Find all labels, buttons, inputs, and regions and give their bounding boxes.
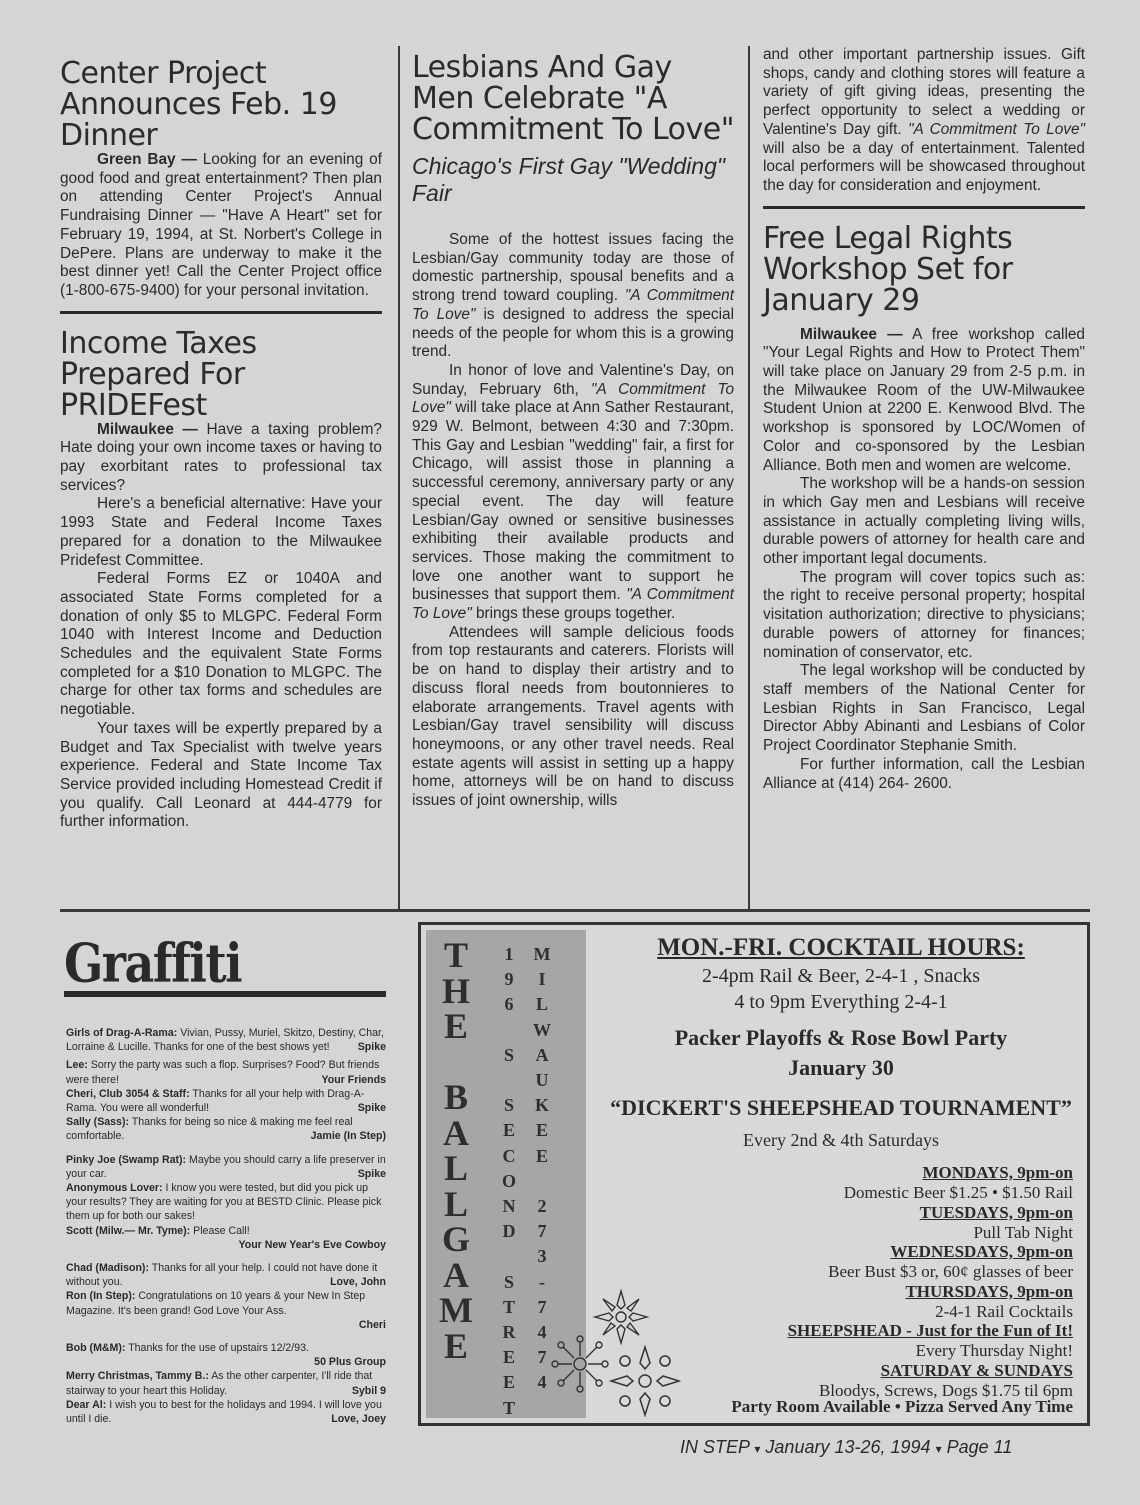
letter: E (444, 1009, 468, 1045)
article-legal-rights: Free Legal Rights Workshop Set for Janua… (763, 223, 1085, 794)
signature: Spike (358, 1040, 386, 1054)
letter: 4 (538, 1370, 547, 1395)
graffiti-item: Cheri, Club 3054 & Staff: Thanks for all… (66, 1087, 386, 1115)
signature: Jamie (In Step) (311, 1129, 386, 1143)
paragraph: For further information, call the Lesbia… (763, 756, 1085, 793)
letter: E (536, 1118, 548, 1143)
signature: Love, John (330, 1275, 386, 1289)
letter: L (444, 1151, 468, 1187)
recipient: Merry Christmas, Tammy B.: (66, 1370, 209, 1382)
column-divider (748, 46, 750, 912)
snowflake-icon (609, 1345, 681, 1417)
article-body: Some of the hottest issues facing the Le… (412, 231, 734, 811)
letter: C (503, 1144, 516, 1169)
letter: A (443, 1258, 469, 1294)
dateline: Milwaukee — (800, 326, 903, 343)
letter: N (503, 1194, 516, 1219)
letter: D (503, 1219, 516, 1244)
vertical-city-phone: M I L W A U K E E 2 7 3 - 7 4 7 4 (532, 942, 552, 1396)
headline: Income Taxes Prepared For PRIDEFest (60, 328, 382, 421)
ad-footer: Party Room Available • Pizza Served Any … (731, 1397, 1073, 1417)
graffiti-item: Bob (M&M): Thanks for the use of upstair… (66, 1341, 386, 1369)
publication-name: IN STEP (680, 1437, 749, 1457)
letter: K (535, 1093, 549, 1118)
letter: E (503, 1345, 515, 1370)
signature: Love, Joey (331, 1412, 386, 1426)
party-date: January 30 (596, 1053, 1086, 1083)
letter: W (533, 1018, 551, 1043)
article-divider (763, 206, 1085, 209)
graffiti-item: Chad (Madison): Thanks for all your help… (66, 1261, 386, 1289)
article-body: Milwaukee — Have a taxing problem? Hate … (60, 421, 382, 832)
paragraph: Looking for an evening of good food and … (60, 151, 382, 299)
article-center-project: Center Project Announces Feb. 19 Dinner … (60, 58, 382, 301)
cocktail-line: 2-4pm Rail & Beer, 2-4-1 , Snacks (596, 963, 1086, 989)
paragraph-text: will also be a day of entertainment. Tal… (763, 140, 1085, 194)
letter: 3 (538, 1244, 547, 1269)
special-detail: Beer Bust $3 or, 60¢ glasses of beer (788, 1262, 1073, 1282)
party-heading: Packer Playoffs & Rose Bowl Party (596, 1023, 1086, 1053)
letter: S (504, 1043, 514, 1068)
cocktail-line: 4 to 9pm Everything 2-4-1 (596, 989, 1086, 1015)
spacer (507, 1018, 512, 1043)
special-day: TUESDAYS, 9pm-on (788, 1203, 1073, 1223)
column-3: and other important partnership issues. … (763, 46, 1085, 793)
letter: 4 (538, 1320, 547, 1345)
special-detail: 2-4-1 Rail Cocktails (788, 1302, 1073, 1322)
special-day: THURSDAYS, 9pm-on (788, 1282, 1073, 1302)
article-income-taxes: Income Taxes Prepared For PRIDEFest Milw… (60, 328, 382, 832)
letter: O (502, 1169, 516, 1194)
letter: H (442, 974, 470, 1010)
recipient: Chad (Madison): (66, 1262, 149, 1274)
special-detail: Pull Tab Night (788, 1223, 1073, 1243)
paragraph: The workshop will be a hands-on session … (763, 475, 1085, 569)
letter: A (536, 1043, 549, 1068)
page-number: Page 11 (947, 1437, 1013, 1457)
letter: T (503, 1396, 515, 1421)
recipient: Ron (In Step): (66, 1290, 135, 1302)
recipient: Lee: (66, 1059, 88, 1071)
spacer (507, 1068, 512, 1093)
recipient: Scott (Milw.— Mr. Tyme): (66, 1225, 190, 1237)
special-day: MONDAYS, 9pm-on (788, 1163, 1073, 1183)
graffiti-item: Scott (Milw.— Mr. Tyme): Please Call! Yo… (66, 1224, 386, 1252)
paragraph: The program will cover topics such as: t… (763, 569, 1085, 663)
cocktail-hours-heading: MON.-FRI. COCKTAIL HOURS: (596, 933, 1086, 963)
article-body: Milwaukee — A free workshop called "Your… (763, 326, 1085, 794)
recipient: Sally (Sass): (66, 1116, 129, 1128)
graffiti-item: Merry Christmas, Tammy B.: As the other … (66, 1369, 386, 1397)
signature: 50 Plus Group (66, 1355, 386, 1369)
letter: T (444, 938, 468, 974)
paragraph: The legal workshop will be conducted by … (763, 662, 1085, 756)
column-2: Lesbians And Gay Men Celebrate "A Commit… (412, 52, 734, 811)
issue-dates: January 13-26, 1994 (765, 1437, 930, 1457)
tournament-schedule: Every 2nd & 4th Saturdays (596, 1127, 1086, 1153)
special-detail: Domestic Beer $1.25 • $1.50 Rail (788, 1183, 1073, 1203)
letter: I (538, 967, 545, 992)
letter: G (442, 1222, 470, 1258)
special-detail: Every Thursday Night! (788, 1341, 1073, 1361)
graffiti-item: Pinky Joe (Swamp Rat): Maybe you should … (66, 1153, 386, 1181)
paragraph: A free workshop called "Your Legal Right… (763, 326, 1085, 474)
paragraph: Here's a beneficial alternative: Have yo… (60, 495, 382, 570)
letter: E (536, 1144, 548, 1169)
column-divider (398, 46, 400, 912)
graffiti-title: Graffiti (64, 932, 241, 994)
section-divider (60, 909, 1090, 912)
ballgame-advertisement: T H E B A L L G A M E 1 9 6 S S E C O N … (418, 922, 1090, 1426)
letter: S (504, 1093, 514, 1118)
column-1: Center Project Announces Feb. 19 Dinner … (60, 58, 382, 832)
article-divider (60, 311, 382, 314)
letter: 2 (538, 1194, 547, 1219)
graffiti-item: Ron (In Step): Congratulations on 10 yea… (66, 1289, 386, 1332)
signature: Spike (358, 1101, 386, 1115)
snowflake-icon (549, 1333, 611, 1395)
headline: Center Project Announces Feb. 19 Dinner (60, 58, 382, 151)
graffiti-item: Dear Al: I wish you to best for the holi… (66, 1398, 386, 1426)
recipient: Girls of Drag-A-Rama: (66, 1027, 177, 1039)
graffiti-list: Girls of Drag-A-Rama: Vivian, Pussy, Mur… (66, 1026, 386, 1426)
letter: B (444, 1080, 468, 1116)
letter: E (503, 1118, 515, 1143)
graffiti-item: Lee: Sorry the party was such a flop. Su… (66, 1058, 386, 1086)
signature: Cheri (66, 1318, 386, 1332)
special-day: SATURDAY & SUNDAYS (788, 1361, 1073, 1381)
letter: - (539, 1270, 545, 1295)
letter: 7 (538, 1345, 547, 1370)
letter: U (536, 1068, 549, 1093)
spacer (507, 1244, 512, 1269)
graffiti-item: Anonymous Lover: I know you were tested,… (66, 1181, 386, 1224)
letter: S (504, 1270, 514, 1295)
subheadline: Chicago's First Gay "Wedding" Fair (412, 153, 734, 207)
ad-content: MON.-FRI. COCKTAIL HOURS: 2-4pm Rail & B… (596, 925, 1086, 1153)
letter: E (503, 1370, 515, 1395)
recipient: Pinky Joe (Swamp Rat): (66, 1154, 186, 1166)
letter: T (503, 1295, 515, 1320)
paragraph-text: will take place at Ann Sather Restaurant… (412, 399, 734, 603)
article-continuation: and other important partnership issues. … (763, 46, 1085, 196)
dateline: Milwaukee — (97, 421, 198, 438)
letter: A (443, 1116, 469, 1152)
graffiti-rule (64, 991, 386, 997)
recipient: Anonymous Lover: (66, 1182, 163, 1194)
letter: M (439, 1293, 473, 1329)
signature: Spike (358, 1167, 386, 1181)
signature: Sybil 9 (352, 1384, 386, 1398)
letter: L (444, 1187, 468, 1223)
vertical-address: 1 9 6 S S E C O N D S T R E E T (499, 942, 519, 1421)
letter: 1 (505, 942, 514, 967)
special-day: WEDNESDAYS, 9pm-on (788, 1242, 1073, 1262)
spacer (540, 1169, 545, 1194)
letter: 7 (538, 1219, 547, 1244)
separator-icon: ▾ (754, 1442, 760, 1456)
letter: M (534, 942, 551, 967)
graffiti-item: Sally (Sass): Thanks for being so nice &… (66, 1115, 386, 1143)
letter: 9 (505, 967, 514, 992)
message: Please Call! (193, 1225, 250, 1237)
article-commitment-to-love: Lesbians And Gay Men Celebrate "A Commit… (412, 52, 734, 811)
letter: 6 (505, 992, 514, 1017)
event-name: "A Commitment To Love" (908, 121, 1085, 138)
tournament-heading: “DICKERT'S SHEEPSHEAD TOURNAMENT” (596, 1093, 1086, 1123)
letter: E (444, 1329, 468, 1365)
headline: Free Legal Rights Workshop Set for Janua… (763, 223, 1085, 316)
paragraph: Attendees will sample delicious foods fr… (412, 624, 734, 811)
page-footer: IN STEP ▾ January 13-26, 1994 ▾ Page 11 (680, 1437, 1012, 1458)
paragraph: Federal Forms EZ or 1040A and associated… (60, 570, 382, 720)
recipient: Dear Al: (66, 1399, 106, 1411)
paragraph-text: brings these groups together. (476, 605, 675, 622)
weekly-specials: MONDAYS, 9pm-on Domestic Beer $1.25 • $1… (788, 1163, 1073, 1400)
vertical-bar-name: T H E B A L L G A M E (436, 938, 476, 1364)
signature: Your New Year's Eve Cowboy (66, 1238, 386, 1252)
spacer (452, 1045, 461, 1081)
special-day: SHEEPSHEAD - Just for the Fun of It! (788, 1321, 1073, 1341)
message: Thanks for the use of upstairs 12/2/93. (128, 1342, 309, 1354)
signature: Your Friends (321, 1073, 386, 1087)
separator-icon: ▾ (936, 1442, 942, 1456)
letter: R (503, 1320, 516, 1345)
recipient: Bob (M&M): (66, 1342, 125, 1354)
letter: L (536, 992, 548, 1017)
headline: Lesbians And Gay Men Celebrate "A Commit… (412, 52, 734, 145)
graffiti-item: Girls of Drag-A-Rama: Vivian, Pussy, Mur… (66, 1026, 386, 1054)
dateline: Green Bay — (97, 151, 197, 168)
paragraph: Your taxes will be expertly prepared by … (60, 720, 382, 832)
letter: 7 (538, 1295, 547, 1320)
article-body: Green Bay — Looking for an evening of go… (60, 151, 382, 301)
recipient: Cheri, Club 3054 & Staff: (66, 1088, 190, 1100)
